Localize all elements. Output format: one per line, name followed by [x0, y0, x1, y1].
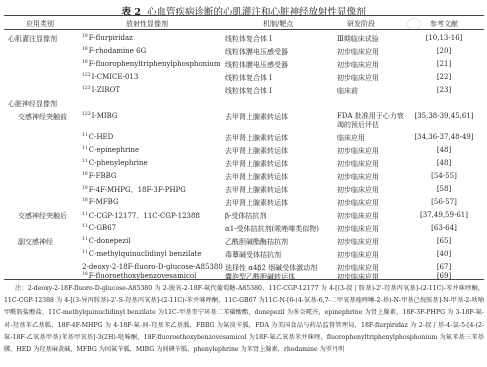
- agent-name: I-CMICE-013: [92, 73, 139, 81]
- agent-name: C-GB67: [89, 224, 116, 232]
- cell-agent: 2-deoxy-2-18F-fluoro-D-glucose-A85380: [82, 263, 223, 271]
- cell-reference: [23]: [405, 86, 483, 94]
- isotope-mass-number: 11: [82, 159, 88, 164]
- cell-agent: 18F-4F-MHPG、18F-3F-PHPG: [82, 185, 186, 195]
- agent-name: F-flurpiridaz: [89, 34, 133, 42]
- agent-name: F-4F-MHPG、18F-3F-PHPG: [89, 186, 186, 194]
- top-rule: [4, 15, 484, 16]
- cell-mechanism: 囊泡型乙酰胆碱转运体: [225, 272, 295, 282]
- agent-name: C-phenylephrine: [89, 159, 148, 167]
- cell-mechanism: 去甲肾上腺素转运体: [225, 146, 288, 156]
- isotope-mass-number: 18: [82, 186, 88, 191]
- cell-agent: 18F-flurpiridaz: [82, 34, 133, 42]
- bottom-rule: [4, 279, 484, 280]
- cell-reference: [21]: [405, 60, 483, 68]
- cell-stage: 初步临床应用: [337, 60, 379, 70]
- cell-stage: 初步临床应用: [337, 237, 379, 247]
- cell-stage: 初步临床应用: [337, 211, 379, 221]
- agent-name: C-CGP-12177、11C-CGP-12388: [89, 212, 200, 220]
- cell-mechanism: 线粒体复合体 I: [225, 86, 272, 96]
- isotope-mass-number: 18: [82, 272, 88, 277]
- agent-name: I-MIBG: [92, 112, 118, 120]
- cell-mechanism: β-受体拮抗剂: [225, 211, 266, 221]
- isotope-mass-number: 18: [82, 34, 88, 39]
- cell-stage: 初步临床应用: [337, 172, 379, 182]
- isotope-mass-number: 123: [82, 86, 91, 91]
- cell-stage: 初步临床应用: [337, 146, 379, 156]
- cell-reference: [34,36-37,48-49]: [405, 133, 483, 141]
- cell-agent: 18F-FBBG: [82, 172, 117, 180]
- agent-name: C-epinephrine: [89, 146, 139, 154]
- isotope-mass-number: 123: [82, 112, 91, 117]
- cell-reference: [37,49,59-61]: [405, 211, 483, 219]
- cell-category: 交感神经突触前: [18, 112, 67, 122]
- agent-name: C-HED: [89, 133, 114, 141]
- cell-stage: 初步临床应用: [337, 272, 379, 282]
- cell-reference: [48]: [405, 146, 483, 154]
- cell-stage: 初步临床应用: [337, 47, 379, 57]
- isotope-mass-number: 18: [82, 198, 88, 203]
- agent-name: C-donepezil: [89, 237, 131, 245]
- agent-name: 2-deoxy-2-18F-fluoro-D-glucose-A85380: [82, 263, 223, 271]
- cell-reference: [56-57]: [405, 198, 483, 206]
- cell-reference: [20]: [405, 47, 483, 55]
- cell-stage: 初步临床应用: [337, 73, 379, 83]
- cell-stage: 初步临床应用: [337, 250, 379, 260]
- cell-category: 交感神经突触后: [18, 211, 67, 221]
- cell-mechanism: α1-受体拮抗剂(哌唑嗪类似物): [225, 224, 319, 234]
- cell-agent: 18F-fluorophenyltriphenylphosphonium: [82, 60, 221, 68]
- cell-agent: 11C-CGP-12177、11C-CGP-12388: [82, 211, 200, 221]
- cell-agent: 18F-rhodamine 6G: [82, 47, 146, 55]
- cell-reference: [58]: [405, 185, 483, 193]
- cell-reference: [48]: [405, 159, 483, 167]
- cell-mechanism: 乙酰胆碱酯酶拮抗剂: [225, 237, 288, 247]
- table-number: 表 2: [122, 7, 141, 18]
- cell-reference: [10,13-16]: [405, 34, 483, 42]
- cell-reference: [54-55]: [405, 172, 483, 180]
- isotope-mass-number: 11: [82, 250, 88, 255]
- cell-stage: 初步临床应用: [337, 224, 379, 234]
- agent-name: F-fluorophenyltriphenylphosphonium: [89, 60, 221, 68]
- cell-mechanism: 去甲肾上腺素转运体: [225, 198, 288, 208]
- agent-name: I-ZIROT: [92, 86, 120, 94]
- cell-stage: 临床前: [337, 86, 358, 96]
- isotope-mass-number: 11: [82, 146, 88, 151]
- isotope-mass-number: 18: [82, 172, 88, 177]
- cell-mechanism: 去甲肾上腺素转运体: [225, 185, 288, 195]
- cell-mechanism: 去甲肾上腺素转运体: [225, 159, 288, 169]
- isotope-mass-number: 18: [82, 60, 88, 65]
- cell-reference: [67]: [405, 263, 483, 271]
- cell-stage: 初步临床应用: [337, 159, 379, 169]
- cell-mechanism: 线粒体膜电压感受器: [225, 60, 288, 70]
- cell-stage: 临床应用: [337, 133, 365, 143]
- header-mechanism: 机制/靶点: [263, 19, 293, 29]
- cell-category: 心脏神经显像剂: [8, 99, 57, 109]
- cell-agent: 11C-GB67: [82, 224, 116, 232]
- cell-reference: [40]: [405, 250, 483, 258]
- cell-mechanism: 去甲肾上腺素转运体: [225, 172, 288, 182]
- cell-reference: [65]: [405, 237, 483, 245]
- cell-mechanism: 毒蕈碱受体拮抗剂: [225, 250, 281, 260]
- cell-category: 心肌灌注显像剂: [8, 34, 57, 44]
- cell-agent: 11C-donepezil: [82, 237, 131, 245]
- isotope-mass-number: 11: [82, 133, 88, 138]
- cell-agent: 11C-phenylephrine: [82, 159, 148, 167]
- header-stage: 研发阶段: [347, 19, 375, 29]
- header-category: 应用类别: [26, 19, 54, 29]
- cell-agent: 11C-HED: [82, 133, 113, 141]
- cell-agent: 123I-MIBG: [82, 112, 118, 120]
- cell-agent: 123I-CMICE-013: [82, 73, 138, 81]
- table-title: 心血管疾病诊断的心肌灌注和心脏神经放射性显像剂: [147, 7, 366, 18]
- cell-reference: [22]: [405, 73, 483, 81]
- cell-mechanism: 去甲肾上腺素转运体: [225, 133, 288, 143]
- agent-name: F-rhodamine 6G: [89, 47, 146, 55]
- cell-mechanism: 去甲肾上腺素转运体: [225, 112, 288, 122]
- cell-stage: FDA 批准用于心力衰竭的预后评估: [337, 112, 405, 130]
- cell-mechanism: 线粒体复合体 I: [225, 34, 272, 44]
- cell-reference: [63-64]: [405, 224, 483, 232]
- agent-name: C-methylquinuclidinyl benzilate: [89, 250, 202, 258]
- agent-name: F-MFBG: [89, 198, 119, 206]
- cell-stage: 初步临床应用: [337, 185, 379, 195]
- isotope-mass-number: 18: [82, 47, 88, 52]
- cell-stage: Ⅲ期临床试验: [337, 34, 379, 44]
- isotope-mass-number: 123: [82, 73, 91, 78]
- table-footnote: 注：2-deoxy-2-18F-fluoro-D-glucose-A85380 …: [4, 283, 484, 356]
- agent-name: F-FBBG: [89, 172, 117, 180]
- isotope-mass-number: 11: [82, 237, 88, 242]
- cell-agent: 11C-epinephrine: [82, 146, 139, 154]
- cell-category: 副交感神经: [18, 237, 53, 247]
- cell-reference: [35,38-39,45,61]: [405, 112, 483, 120]
- header-agent: 放射性显像剂: [126, 19, 168, 29]
- isotope-mass-number: 11: [82, 212, 88, 217]
- isotope-mass-number: 11: [82, 224, 88, 229]
- cell-agent: 18F-MFBG: [82, 198, 119, 206]
- cell-stage: 初步临床应用: [337, 198, 379, 208]
- cell-mechanism: 线粒体膜电压感受器: [225, 47, 288, 57]
- cell-mechanism: 线粒体复合体 I: [225, 73, 272, 83]
- header-rule: [4, 29, 484, 30]
- cell-agent: 123I-ZIROT: [82, 86, 120, 94]
- cell-agent: 11C-methylquinuclidinyl benzilate: [82, 250, 201, 258]
